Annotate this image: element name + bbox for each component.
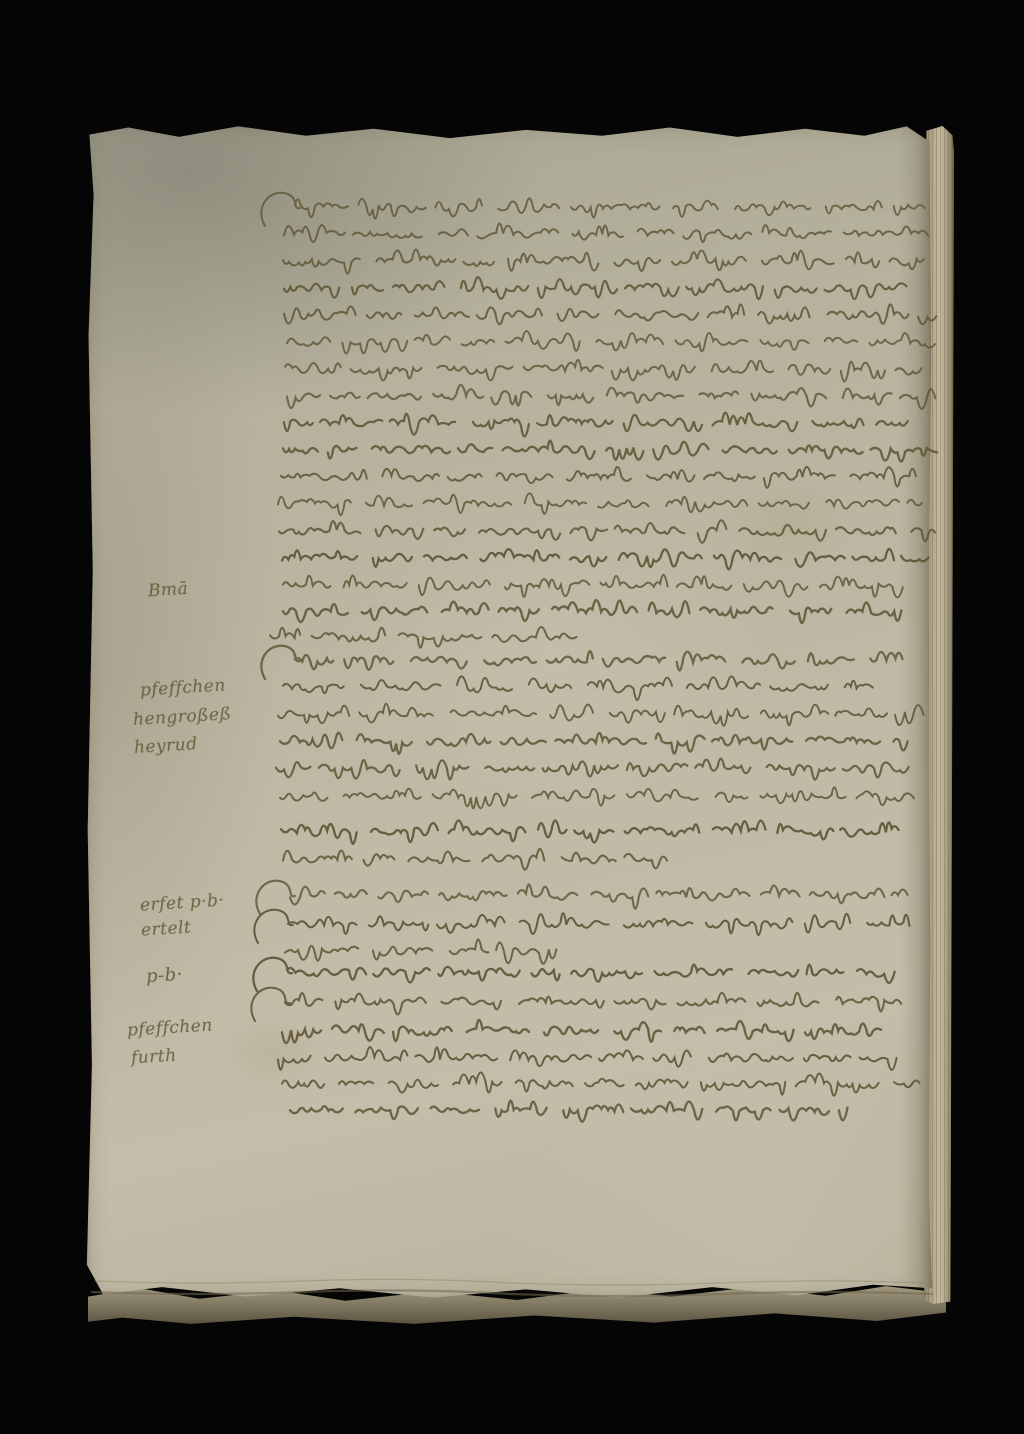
margin-note: ertelt bbox=[140, 917, 191, 940]
margin-note: heyrud bbox=[133, 734, 198, 758]
margin-note: furth bbox=[130, 1046, 177, 1069]
margin-note: Bmā bbox=[147, 579, 188, 601]
margin-note: p-b· bbox=[145, 964, 183, 987]
page-fold-shade bbox=[898, 124, 932, 1300]
